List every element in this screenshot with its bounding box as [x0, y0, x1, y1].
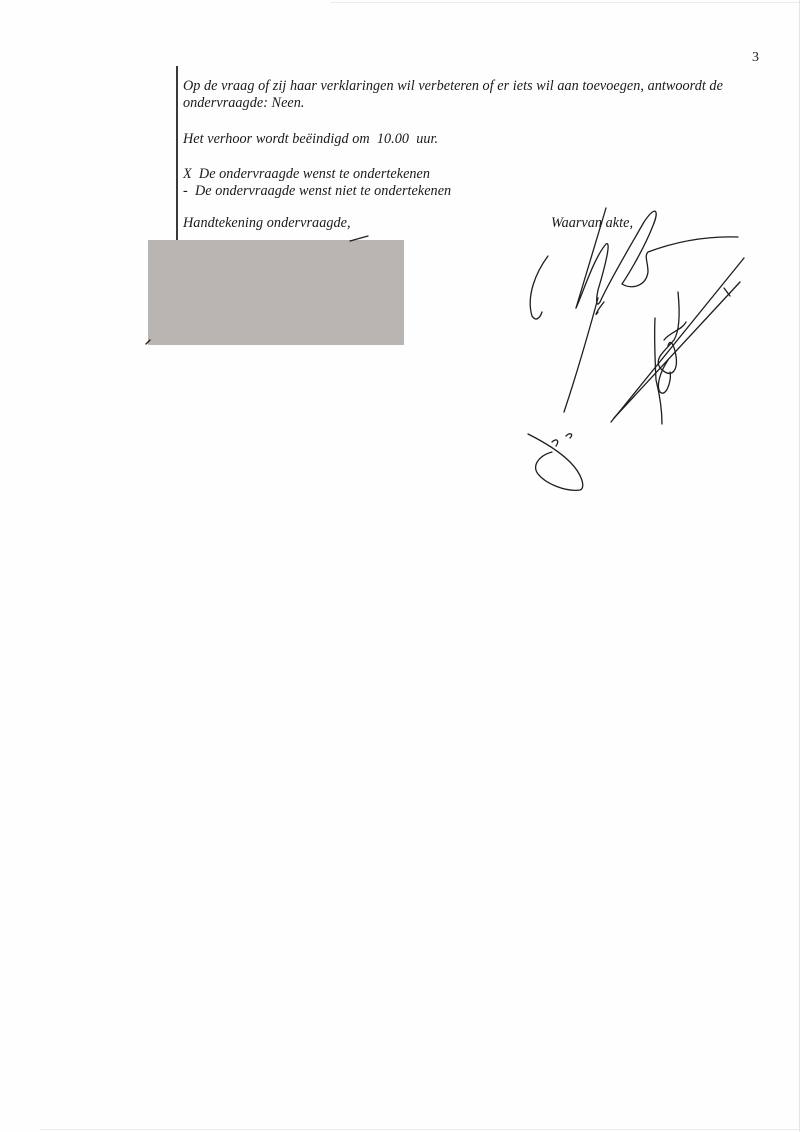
- interviewee-signature-label: Handtekening ondervraagde,: [183, 215, 351, 232]
- sign-option-not-wishes: - De ondervraagde wenst niet te ondertek…: [183, 183, 451, 200]
- page-number: 3: [752, 50, 759, 66]
- closing-question-line-1: Op de vraag of zij haar verklaringen wil…: [183, 78, 723, 95]
- document-page: 3 Op de vraag of zij haar verklaringen w…: [0, 0, 800, 1132]
- signature-official-2: [611, 258, 744, 422]
- signature-initials: [528, 434, 583, 490]
- official-signature-label: Waarvan akte,: [551, 215, 633, 232]
- signature-official-1: [530, 256, 548, 319]
- scan-edge-top: [330, 2, 800, 3]
- sign-option-wishes: X De ondervraagde wenst te ondertekenen: [183, 166, 430, 183]
- closing-question-line-2: ondervraagde: Neen.: [183, 95, 305, 112]
- margin-line: [176, 66, 178, 242]
- hearing-end-time: Het verhoor wordt beëindigd om 10.00 uur…: [183, 131, 438, 148]
- scan-edge-bottom: [40, 1129, 800, 1130]
- redaction-block: [148, 240, 404, 345]
